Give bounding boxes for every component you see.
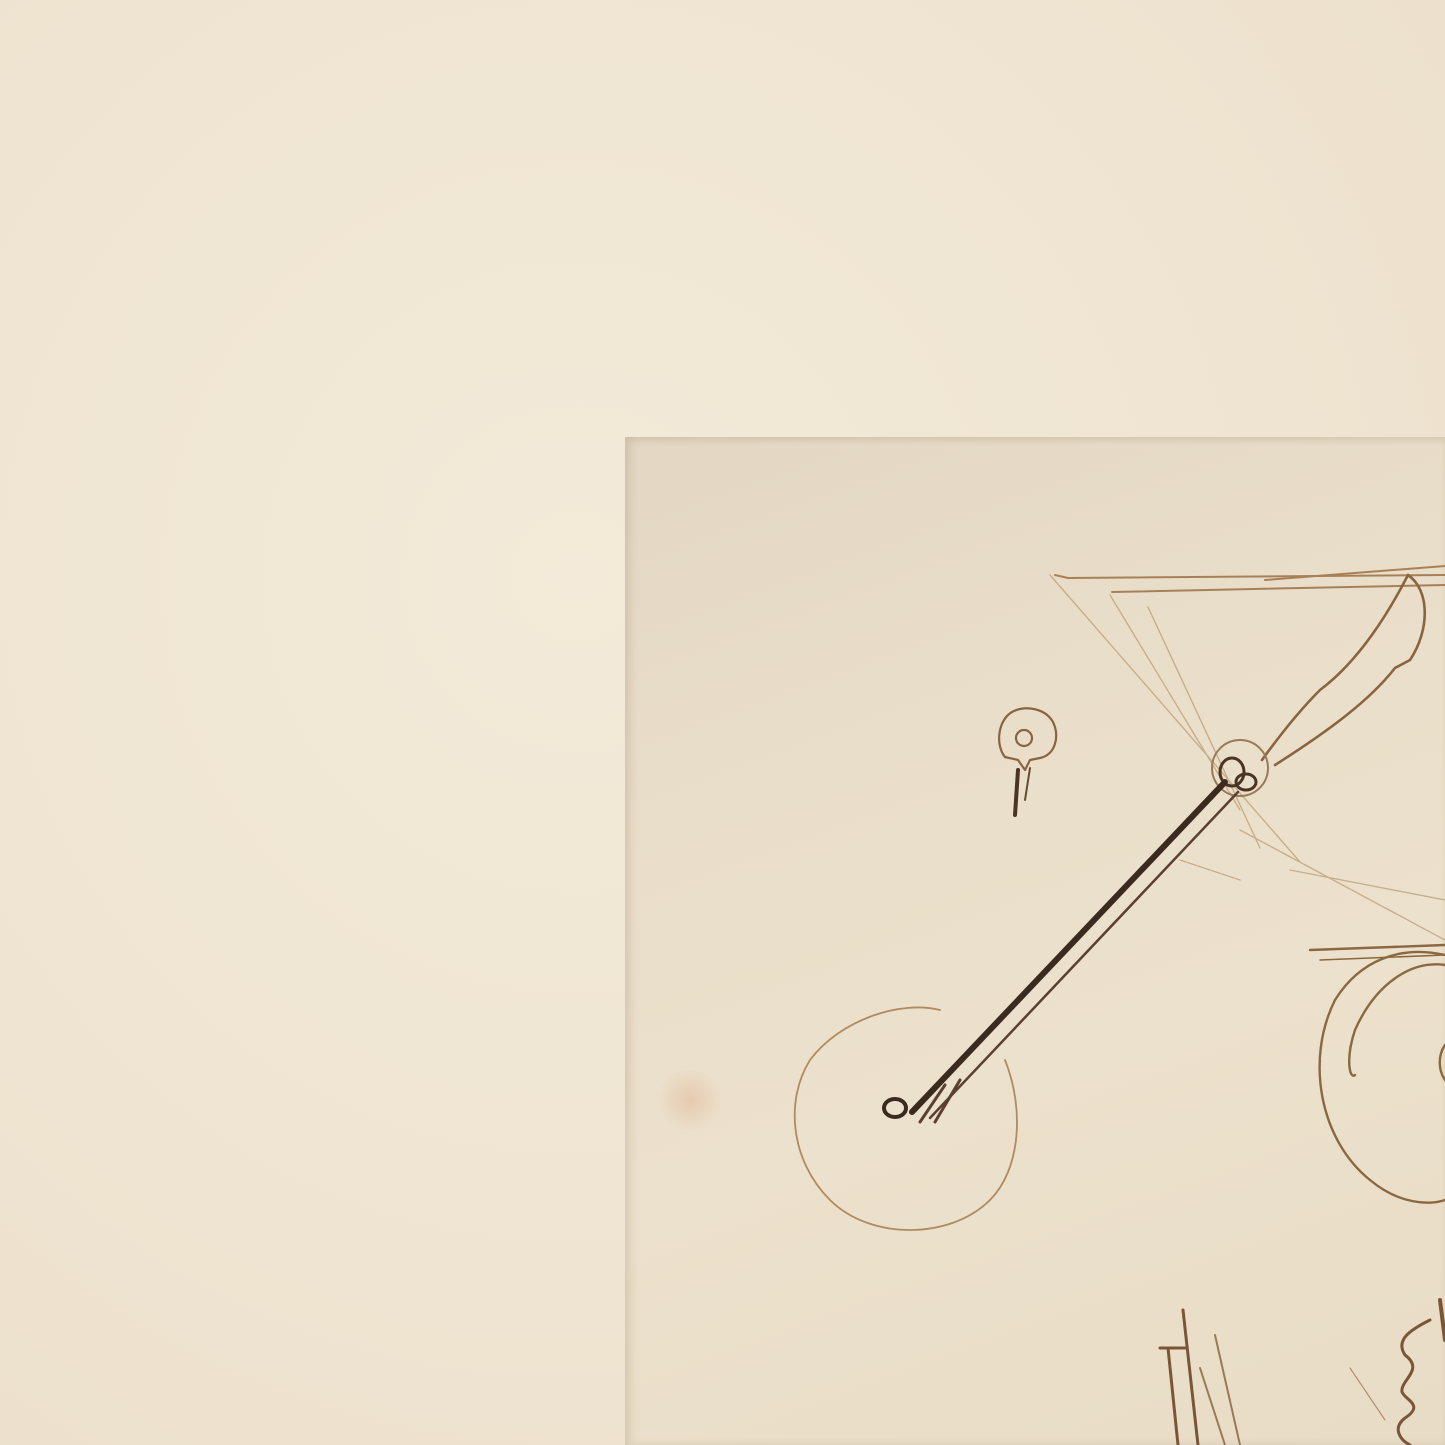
top-arm-strokes [1055,566,1445,592]
wavy-gear-tooth-outline [1398,1300,1445,1445]
mount-paper [0,0,1445,1445]
bottom-vertical-strokes [1160,1310,1385,1445]
keyhole-figure [999,708,1056,815]
main-rod [884,782,1238,1122]
large-faint-circle-left [795,1007,1017,1230]
construction-lines [1050,575,1445,940]
large-double-circle-right [1310,945,1445,1203]
curved-crank-arm [1262,575,1425,765]
ink-drawing [0,0,1445,1445]
